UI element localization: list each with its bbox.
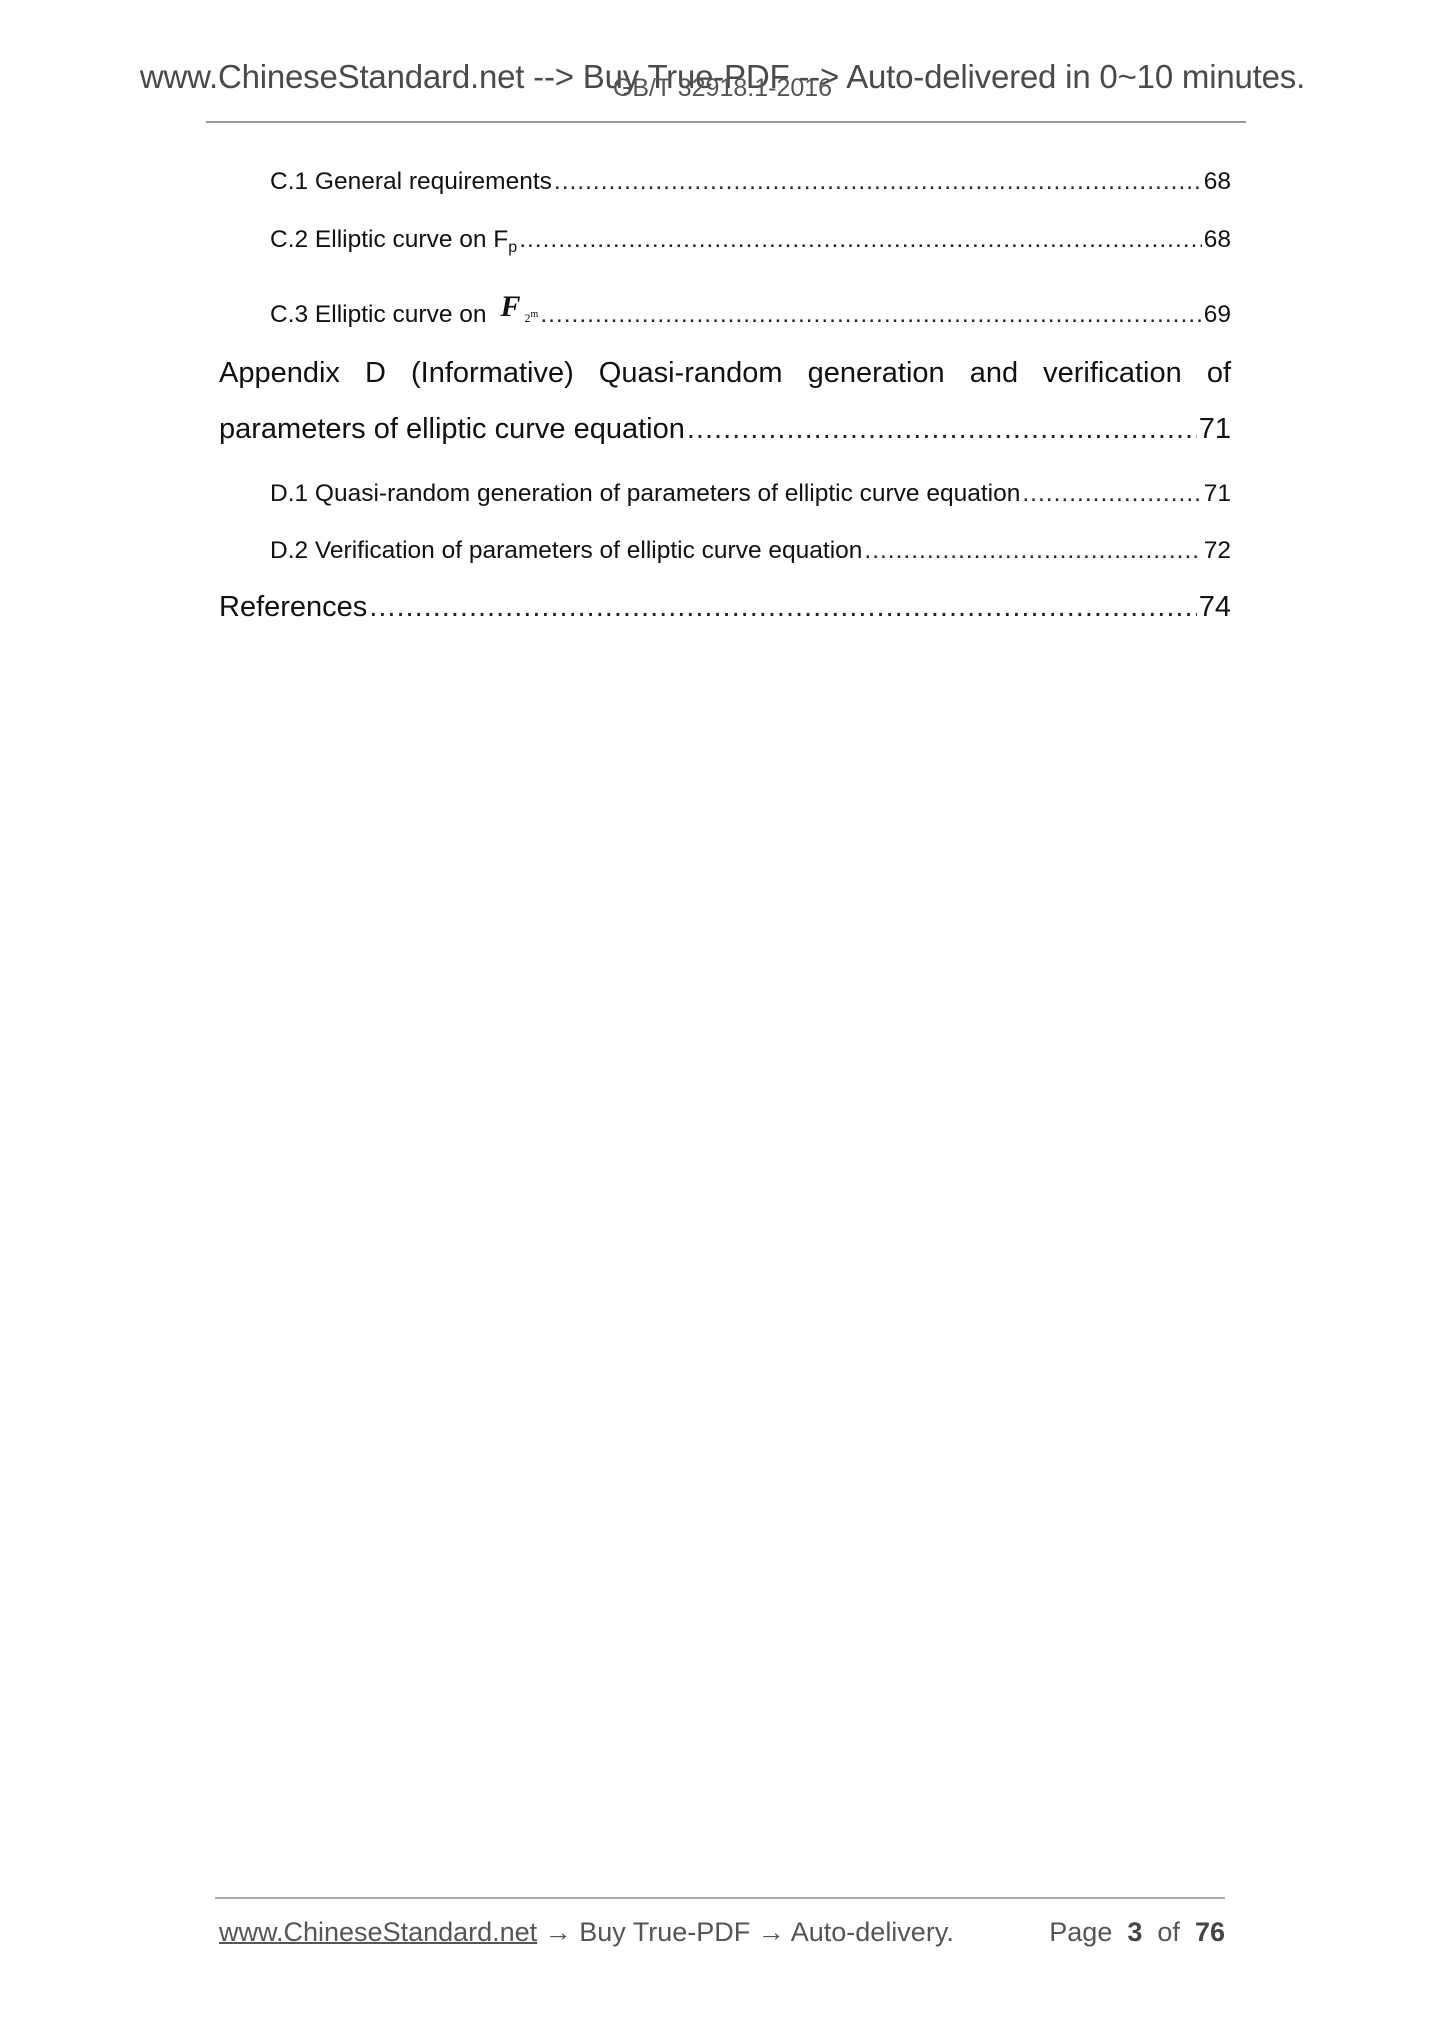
appendix-d-word: D	[365, 357, 386, 390]
appendix-d-word: (Informative)	[411, 357, 574, 390]
site-link[interactable]: www.ChineseStandard.net	[219, 1917, 537, 1947]
page-number: 71	[1204, 480, 1231, 508]
page-number: 72	[1204, 537, 1231, 565]
page-number: 74	[1199, 591, 1231, 624]
header-divider	[206, 121, 1246, 123]
toc-entry-d2[interactable]: D.2 Verification of parameters of ellipt…	[219, 537, 1231, 565]
page-number: 68	[1204, 226, 1231, 254]
page-indicator: Page 3 of 76	[1049, 1917, 1225, 1948]
toc-entry-c2[interactable]: C.2 Elliptic curve on Fp68	[219, 226, 1231, 257]
page-footer: www.ChineseStandard.net → Buy True-PDF →…	[219, 1917, 1225, 1948]
page-number: 68	[1204, 168, 1231, 196]
document-id: GB/T 32918.1-2016	[0, 74, 1445, 103]
appendix-d-word: Appendix	[219, 357, 340, 390]
appendix-d-word: generation	[808, 357, 945, 390]
toc-entry-references[interactable]: References74	[219, 591, 1231, 624]
appendix-d-word: verification	[1043, 357, 1182, 390]
page-number: 71	[1199, 413, 1231, 446]
footer-divider	[215, 1897, 1225, 1899]
toc-entry-appendix-d-line1[interactable]: AppendixD(Informative)Quasi-randomgenera…	[219, 357, 1231, 390]
toc-entry-c3[interactable]: C.3 Elliptic curve onF2m69	[219, 296, 1231, 330]
page-number: 69	[1204, 301, 1231, 329]
toc-entry-appendix-d-line2[interactable]: parameters of elliptic curve equation71	[219, 413, 1231, 446]
appendix-d-word: of	[1207, 357, 1231, 390]
math-f2m: F2m	[501, 290, 539, 323]
toc-entry-d1[interactable]: D.1 Quasi-random generation of parameter…	[219, 480, 1231, 508]
toc-entry-c1[interactable]: C.1 General requirements68	[219, 168, 1231, 196]
appendix-d-word: Quasi-random	[599, 357, 783, 390]
appendix-d-word: and	[970, 357, 1018, 390]
